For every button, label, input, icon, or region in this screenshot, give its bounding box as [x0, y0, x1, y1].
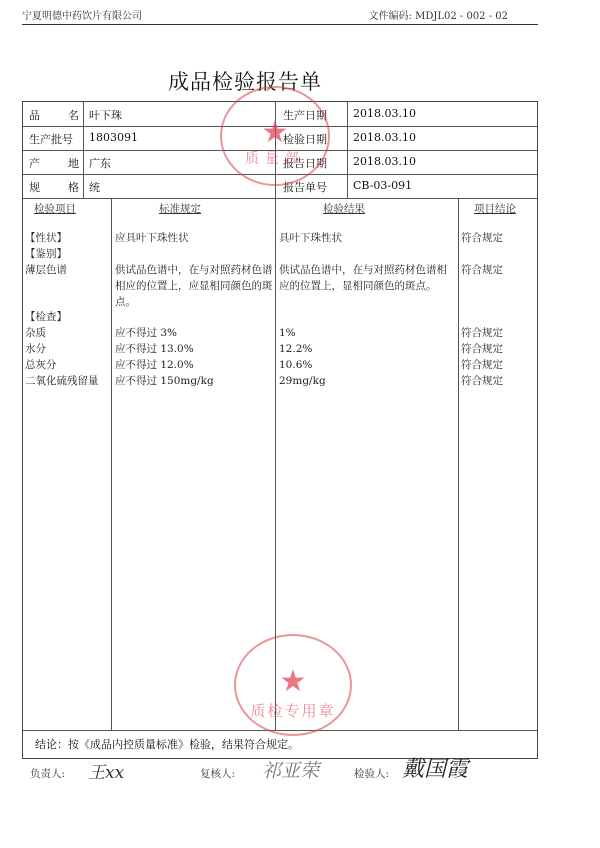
star-icon: ★	[262, 115, 289, 150]
company-name: 宁夏明德中药饮片有限公司	[22, 7, 142, 22]
product-name-value: 叶下珠	[89, 107, 122, 123]
header-conclusion: 项目结论	[474, 201, 516, 216]
result-tlc: 供试品色谱中，在与对照药材色谱相应的位置上，显相同颜色的斑点。	[279, 262, 457, 294]
conclusion-moisture: 符合规定	[461, 341, 503, 357]
spec-value: 统	[89, 179, 100, 195]
responsible-signature: 王xx	[88, 758, 124, 783]
report-number-value: CB-03-091	[353, 179, 412, 192]
item-tlc: 薄层色谱	[25, 262, 67, 278]
batch-value: 1803091	[89, 131, 138, 144]
report-date-value: 2018.03.10	[353, 155, 416, 168]
result-so2: 29mg/kg	[279, 373, 326, 389]
document-number: 文件编码: MDJL02 - 002 - 02	[369, 7, 508, 22]
standard-tlc: 供试品色谱中，在与对照药材色谱相应的位置上，应显相同颜色的斑点。	[115, 262, 275, 310]
item-identification: 【鉴别】	[25, 246, 67, 262]
qc-seal-stamp: ★ 质检专用章	[234, 634, 352, 736]
item-ash: 总灰分	[25, 357, 57, 373]
batch-label: 生产批号	[29, 131, 73, 147]
conclusion-impurity: 符合规定	[461, 325, 503, 341]
header-standard: 标准规定	[159, 201, 201, 216]
star-icon: ★	[280, 664, 307, 699]
reviewer-label: 复核人:	[200, 766, 235, 781]
page-header: 宁夏明德中药饮片有限公司 文件编码: MDJL02 - 002 - 02	[22, 0, 538, 25]
origin-label: 产地	[29, 155, 79, 171]
production-date-value: 2018.03.10	[353, 107, 416, 120]
test-date-value: 2018.03.10	[353, 131, 416, 144]
standard-impurity: 应不得过 3%	[115, 325, 177, 341]
page-title: 成品检验报告单	[0, 66, 490, 96]
origin-value: 广东	[89, 155, 111, 171]
standard-moisture: 应不得过 13.0%	[115, 341, 194, 357]
header-test-item: 检验项目	[34, 201, 76, 216]
quality-dept-stamp: ★ 质量部	[220, 86, 330, 186]
inspector-label: 检验人:	[354, 766, 389, 781]
standard-appearance: 应具叶下珠性状	[115, 230, 189, 246]
item-moisture: 水分	[25, 341, 46, 357]
item-so2: 二氧化硫残留量	[25, 373, 99, 389]
responsible-label: 负责人:	[30, 766, 65, 781]
conclusion-ash: 符合规定	[461, 357, 503, 373]
conclusion-so2: 符合规定	[461, 373, 503, 389]
item-impurity: 杂质	[25, 325, 46, 341]
conclusion-tlc: 符合规定	[461, 262, 503, 278]
result-ash: 10.6%	[279, 357, 312, 373]
header-result: 检验结果	[323, 201, 365, 216]
item-appearance: 【性状】	[25, 230, 67, 246]
spec-label: 规格	[29, 179, 79, 195]
item-inspection: 【检查】	[25, 309, 67, 325]
result-appearance: 具叶下珠性状	[279, 230, 342, 246]
reviewer-signature: 祁亚荣	[262, 756, 319, 783]
result-moisture: 12.2%	[279, 341, 312, 357]
inspector-signature: 戴国霞	[402, 752, 468, 783]
standard-ash: 应不得过 12.0%	[115, 357, 194, 373]
conclusion-appearance: 符合规定	[461, 230, 503, 246]
result-impurity: 1%	[279, 325, 296, 341]
standard-so2: 应不得过 150mg/kg	[115, 373, 214, 389]
conclusion-text: 结论：按《成品内控质量标准》检验，结果符合规定。	[35, 736, 299, 752]
product-name-label: 品名	[29, 107, 79, 123]
